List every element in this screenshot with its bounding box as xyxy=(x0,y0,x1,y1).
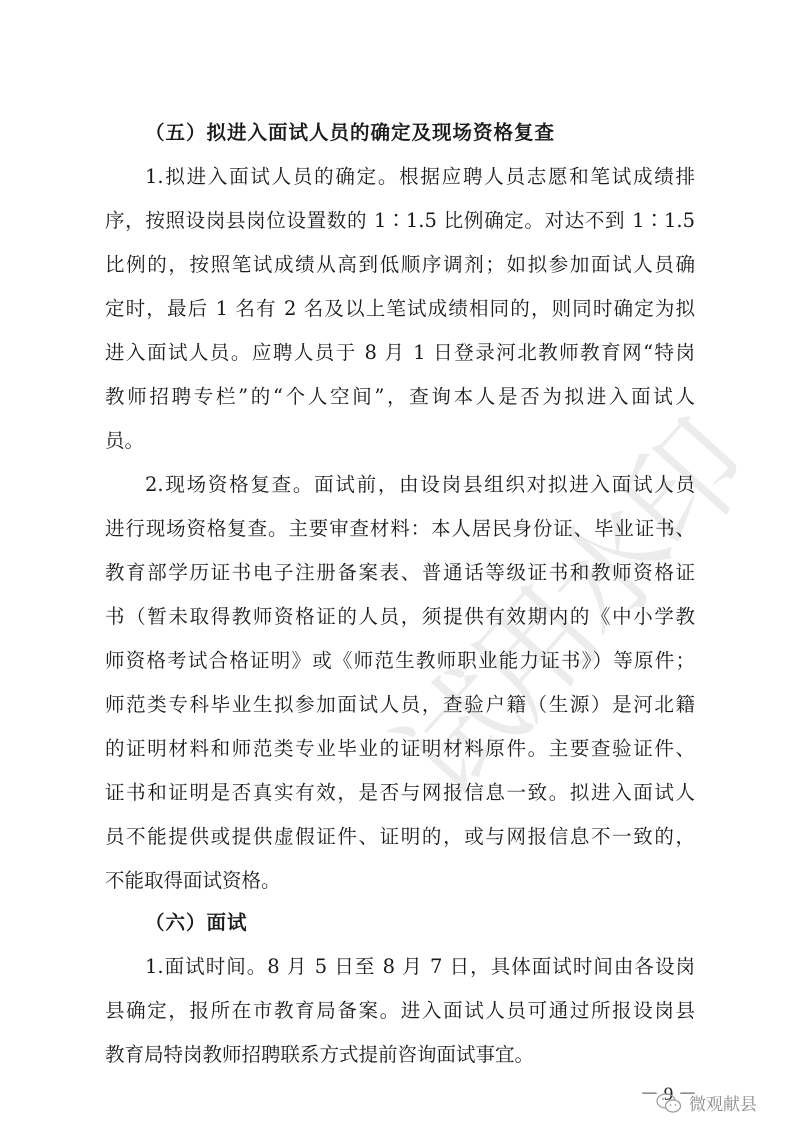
paragraph-line: 定时，最后 1 名有 2 名及以上笔试成绩相同的，则同时确定为拟 xyxy=(105,294,695,324)
section-heading-6: （六）面试 xyxy=(145,908,248,938)
document-page: 试用水印 （五）拟进入面试人员的确定及现场资格复查 1.拟进入面试人员的确定。根… xyxy=(0,0,794,1123)
paragraph-line: 的证明材料和师范类专业毕业的证明材料原件。主要查验证件、 xyxy=(105,734,695,764)
paragraph-line: 员。 xyxy=(105,426,695,456)
wechat-icon xyxy=(655,1091,683,1115)
paragraph-line: 教育部学历证书电子注册备案表、普通话等级证书和教师资格证 xyxy=(105,558,695,588)
paragraph-line: 进入面试人员。应聘人员于 8 月 1 日登录河北教师教育网“特岗 xyxy=(105,338,695,368)
paragraph-line: 不能取得面试资格。 xyxy=(105,866,695,896)
paragraph-line: 1.面试时间。8 月 5 日至 8 月 7 日，具体面试时间由各设岗 xyxy=(145,952,695,982)
paragraph-line: 进行现场资格复查。主要审查材料：本人居民身份证、毕业证书、 xyxy=(105,514,695,544)
paragraph-line: 1.拟进入面试人员的确定。根据应聘人员志愿和笔试成绩排 xyxy=(145,162,695,192)
paragraph-line: 教育局特岗教师招聘联系方式提前咨询面试事宜。 xyxy=(105,1040,695,1070)
paragraph-line: 员不能提供或提供虚假证件、证明的，或与网报信息不一致的， xyxy=(105,822,695,852)
paragraph-line: 师资格考试合格证明》或《师范生教师职业能力证书》）等原件； xyxy=(105,646,695,676)
paragraph-line: 证书和证明是否真实有效，是否与网报信息一致。拟进入面试人 xyxy=(105,778,695,808)
section-heading-5: （五）拟进入面试人员的确定及现场资格复查 xyxy=(145,118,555,148)
paragraph-line: 师范类专科毕业生拟参加面试人员，查验户籍（生源）是河北籍 xyxy=(105,690,695,720)
paragraph-line: 序，按照设岗县岗位设置数的 1∶1.5 比例确定。对达不到 1∶1.5 xyxy=(105,206,695,236)
paragraph-line: 书（暂未取得教师资格证的人员，须提供有效期内的《中小学教 xyxy=(105,602,695,632)
paragraph-line: 比例的，按照笔试成绩从高到低顺序调剂；如拟参加面试人员确 xyxy=(105,250,695,280)
brand-signature: 微观献县 xyxy=(655,1090,757,1115)
brand-name: 微观献县 xyxy=(689,1090,757,1115)
paragraph-line: 县确定，报所在市教育局备案。进入面试人员可通过所报设岗县 xyxy=(105,996,695,1026)
paragraph-line: 2.现场资格复查。面试前，由设岗县组织对拟进入面试人员 xyxy=(145,470,695,500)
paragraph-line: 教师招聘专栏”的“个人空间”，查询本人是否为拟进入面试人 xyxy=(105,382,695,412)
